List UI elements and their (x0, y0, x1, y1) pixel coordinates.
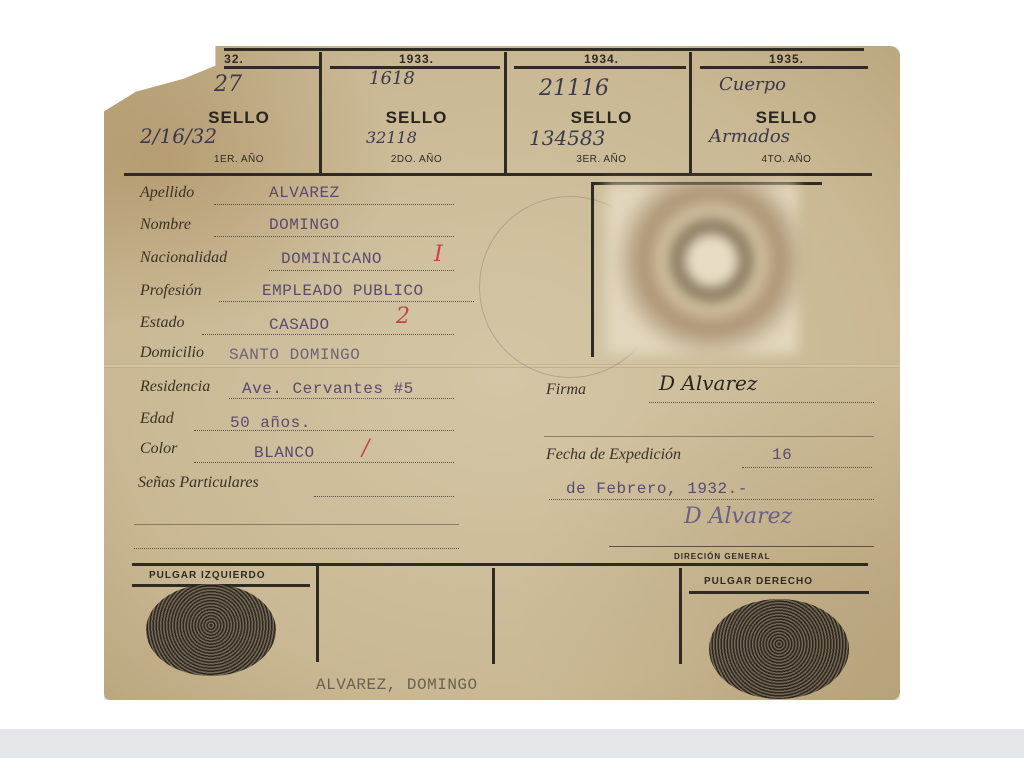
footer-name: ALVAREZ, DOMINGO (316, 676, 478, 694)
field-line (269, 270, 454, 271)
field-value: ALVAREZ (269, 184, 340, 202)
stamp-ordinal: 2DO. AÑO (334, 154, 499, 165)
field-line (134, 548, 459, 549)
director-signature: D Alvarez (684, 504, 792, 529)
divider (319, 52, 322, 174)
bottom-bar (0, 729, 1024, 758)
divider (492, 568, 495, 664)
field-line (214, 204, 454, 205)
stamp-year: 32. (214, 52, 254, 66)
field-line (194, 462, 454, 463)
divider (689, 52, 692, 174)
stamp-handwritten: Armados (709, 126, 790, 147)
field-value: DOMINICANO (281, 250, 382, 268)
divider (679, 568, 682, 664)
fecha-label: Fecha de Expedición (546, 446, 681, 464)
field-label: Edad (140, 410, 174, 428)
divider (514, 66, 686, 69)
firma-signature: D Alvarez (659, 371, 757, 395)
divider (689, 591, 869, 594)
identity-card: 32. 1933. 1934. 1935. 27 1618 21116 Cuer… (104, 46, 900, 700)
field-value: Ave. Cervantes #5 (242, 380, 414, 398)
field-line (549, 499, 874, 500)
divider (224, 66, 319, 69)
field-label: Residencia (140, 378, 210, 396)
field-line (214, 236, 454, 237)
stamp-label: SELLO (704, 108, 869, 128)
stamp-label: SELLO (519, 108, 684, 128)
field-value: CASADO (269, 316, 330, 334)
field-line (134, 524, 459, 525)
field-label: Nombre (140, 216, 191, 234)
divider (224, 48, 864, 51)
field-label: Estado (140, 314, 184, 332)
divider (124, 173, 872, 176)
divider (700, 66, 868, 69)
red-mark: / (362, 436, 369, 461)
stamp-number: 21116 (539, 76, 609, 101)
stamp-ordinal: 3ER. AÑO (519, 154, 684, 165)
stamp-ordinal: 4TO. AÑO (704, 154, 869, 165)
stamp-year: 1933. (334, 52, 499, 66)
right-thumb-label: PULGAR DERECHO (704, 576, 813, 587)
field-line (742, 467, 872, 468)
field-line (219, 301, 474, 302)
field-label: Profesión (140, 282, 202, 300)
field-value: DOMINGO (269, 216, 340, 234)
divider (330, 66, 500, 69)
field-value: SANTO DOMINGO (229, 346, 360, 364)
field-line (314, 496, 454, 497)
stamp-label: SELLO (334, 108, 499, 128)
stamp-number: 1618 (369, 68, 415, 89)
field-label: Señas Particulares (138, 474, 259, 492)
left-thumbprint (146, 584, 276, 676)
field-label: Color (140, 440, 177, 458)
field-label: Nacionalidad (140, 249, 227, 267)
field-line (649, 402, 874, 403)
stamp-handwritten: 134583 (529, 126, 605, 150)
fold-crease (104, 364, 900, 368)
divider (132, 563, 868, 566)
stamp-handwritten: 32118 (366, 128, 417, 147)
field-line (229, 398, 454, 399)
divider (316, 566, 319, 662)
fecha-rest: de Febrero, 1932.- (566, 480, 748, 498)
stamp-year: 1935. (704, 52, 869, 66)
stamp-number: 27 (214, 72, 242, 97)
field-value: 50 años. (230, 414, 311, 432)
field-line (202, 334, 454, 335)
red-mark: I (434, 242, 443, 267)
portrait-photo (606, 184, 798, 354)
director-label: DIRECIÓN GENERAL (674, 552, 770, 561)
field-value: EMPLEADO PUBLICO (262, 282, 424, 300)
left-thumb-label: PULGAR IZQUIERDO (149, 570, 266, 581)
stamp-number: Cuerpo (719, 74, 786, 95)
divider (504, 52, 507, 174)
stamp-ordinal: 1ER. AÑO (174, 154, 304, 165)
field-label: Domicilio (140, 344, 204, 362)
firma-label: Firma (546, 381, 586, 399)
fecha-day: 16 (772, 446, 792, 464)
field-line (609, 546, 874, 547)
red-mark: 2 (396, 304, 410, 329)
right-thumbprint (709, 599, 849, 699)
stamp-handwritten: 2/16/32 (140, 124, 217, 148)
field-label: Apellido (140, 184, 194, 202)
field-value: BLANCO (254, 444, 315, 462)
stamp-year: 1934. (519, 52, 684, 66)
field-line (544, 436, 874, 437)
